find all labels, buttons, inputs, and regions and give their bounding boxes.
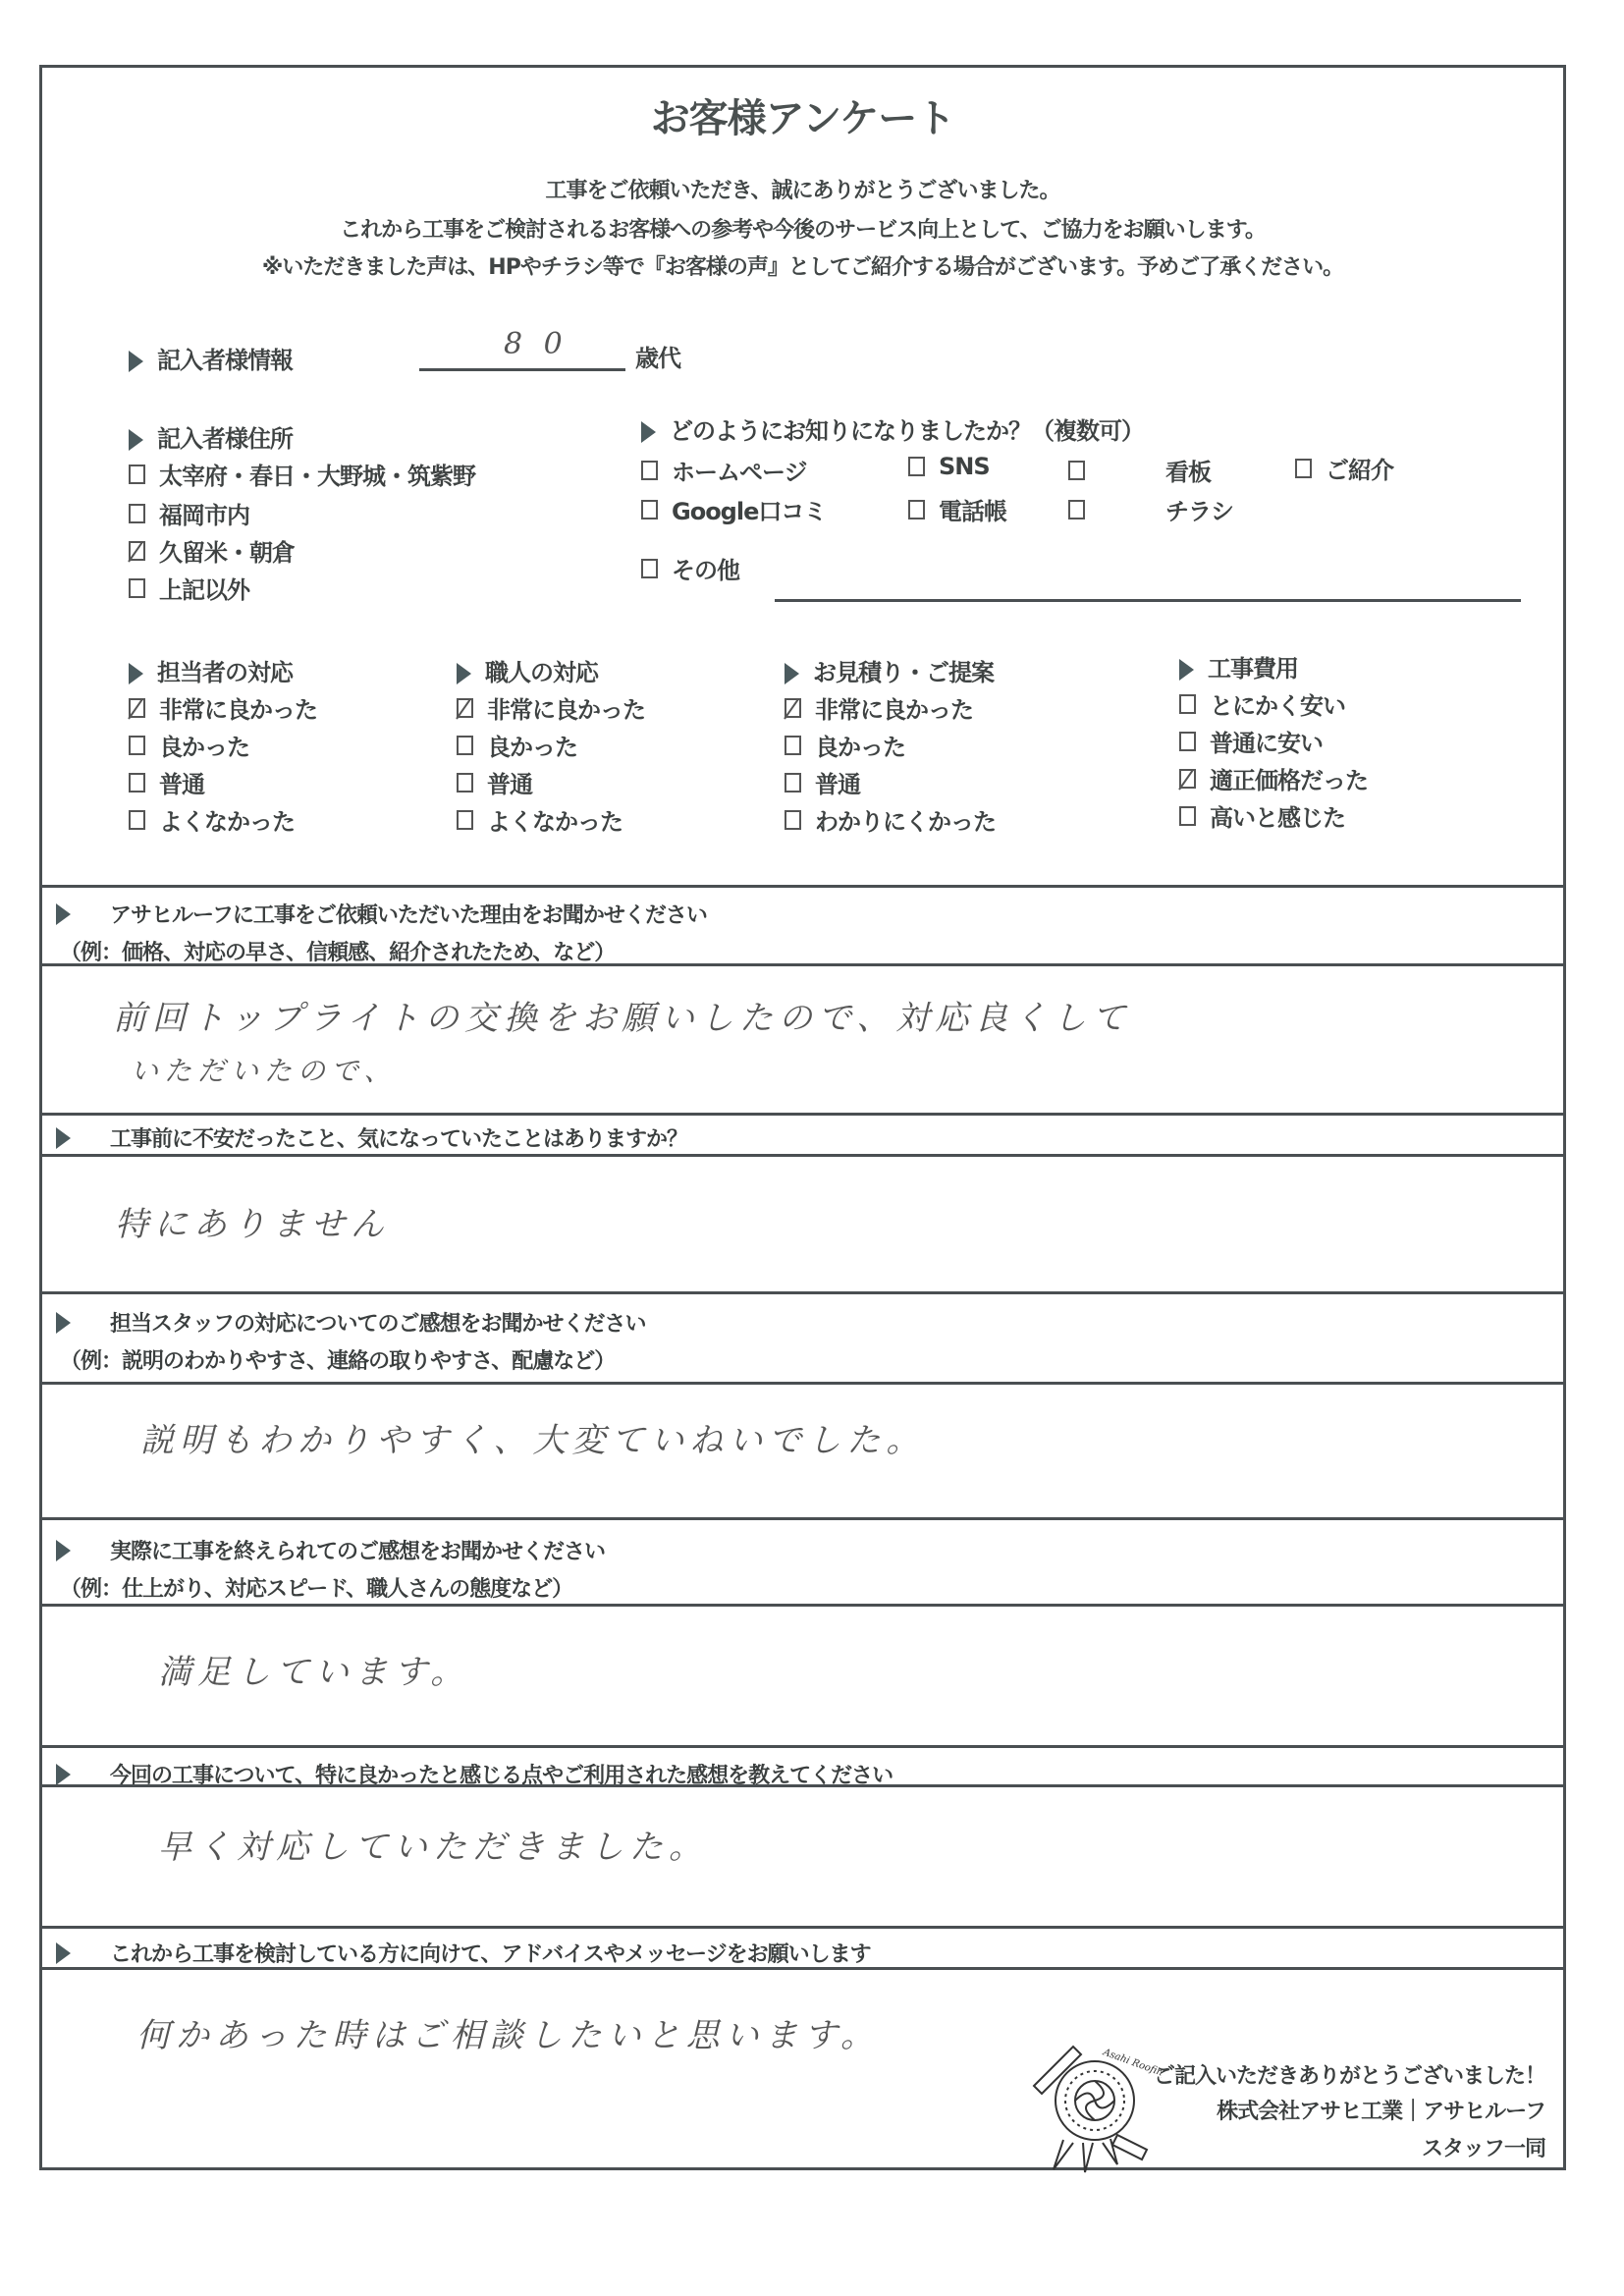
address-option-other[interactable]: 上記以外 [129, 571, 249, 605]
checkbox-checked[interactable] [1179, 769, 1196, 789]
question-3-example: （例：説明のわかりやすさ、連絡の取りやすさ、配慮など） [60, 1344, 615, 1375]
checkbox[interactable] [641, 559, 658, 578]
rating-cost-option[interactable]: 適正価格だった [1179, 761, 1368, 795]
checkbox[interactable] [641, 500, 658, 519]
question-1-example: （例：価格、対応の早さ、信頼感、紹介されたため、など） [60, 936, 615, 966]
triangle-bullet-icon [129, 663, 143, 684]
question-2-answer[interactable]: 特にありません [115, 1197, 390, 1245]
question-4-answer[interactable]: 満足しています。 [158, 1645, 469, 1693]
rating-staff-option[interactable]: 非常に良かった [129, 690, 317, 725]
source-option-signboard[interactable]: 看板 [1068, 453, 1211, 487]
rating-craftsman-option[interactable]: よくなかった [457, 802, 623, 837]
checkbox[interactable] [1068, 500, 1085, 519]
age-suffix: 歳代 [635, 339, 680, 373]
divider [42, 1745, 1563, 1748]
rating-craftsman-option[interactable]: 良かった [457, 728, 577, 762]
rating-heading-staff: 担当者の対応 [129, 653, 293, 687]
footer-company: 株式会社アサヒ工業｜アサヒルーフ [1217, 2095, 1545, 2125]
footer-staff: スタッフ一同 [1422, 2132, 1545, 2162]
question-6-heading: これから工事を検討している方に向けて、アドバイスやメッセージをお願いします [56, 1938, 871, 1968]
checkbox[interactable] [1179, 806, 1196, 826]
triangle-bullet-icon [1179, 659, 1194, 681]
divider [42, 1154, 1563, 1157]
source-option-flyer[interactable]: チラシ [1068, 492, 1233, 526]
address-option-fukuoka[interactable]: 福岡市内 [129, 496, 249, 530]
question-2-heading: 工事前に不安だったこと、気になっていたことはありますか？ [56, 1122, 687, 1153]
checkbox-checked[interactable] [129, 698, 145, 718]
footer-thanks: ご記入いただきありがとうございました！ [1154, 2059, 1545, 2090]
triangle-bullet-icon [56, 1764, 71, 1785]
rating-heading-estimate: お見積り・ご提案 [785, 653, 994, 687]
address-heading: 記入者様住所 [129, 419, 293, 454]
triangle-bullet-icon [56, 1127, 71, 1149]
checkbox[interactable] [785, 810, 801, 830]
checkbox[interactable] [1295, 459, 1312, 478]
divider [42, 1604, 1563, 1607]
divider [42, 1926, 1563, 1929]
triangle-bullet-icon [785, 663, 799, 684]
checkbox[interactable] [1179, 732, 1196, 751]
question-1-answer-line-2[interactable]: いただいたので、 [131, 1050, 397, 1089]
source-option-sns[interactable]: SNS [908, 453, 990, 480]
source-option-other[interactable]: その他 [641, 551, 739, 585]
checkbox[interactable] [1179, 694, 1196, 714]
divider [42, 963, 1563, 966]
source-option-referral[interactable]: ご紹介 [1295, 451, 1393, 485]
divider [42, 1784, 1563, 1787]
source-heading: どのようにお知りになりましたか？（複数可） [641, 411, 1144, 446]
rating-heading-cost: 工事費用 [1179, 649, 1298, 683]
rating-cost-option[interactable]: 高いと感じた [1179, 798, 1345, 833]
checkbox[interactable] [1068, 461, 1085, 480]
form-title: お客様アンケート [42, 87, 1563, 143]
divider [42, 1382, 1563, 1385]
checkbox[interactable] [785, 773, 801, 793]
rating-estimate-option[interactable]: 普通 [785, 765, 860, 799]
question-4-heading: 実際に工事を終えられてのご感想をお聞かせください [56, 1535, 605, 1565]
question-3-answer[interactable]: 説明もわかりやすく、大変ていねいでした。 [140, 1413, 925, 1461]
divider [42, 1517, 1563, 1520]
rating-staff-option[interactable]: よくなかった [129, 802, 295, 837]
checkbox[interactable] [908, 500, 925, 519]
checkbox[interactable] [457, 773, 473, 793]
triangle-bullet-icon [56, 1540, 71, 1561]
rating-cost-option[interactable]: 普通に安い [1179, 724, 1323, 758]
rating-estimate-option[interactable]: わかりにくかった [785, 802, 996, 837]
divider [42, 1967, 1563, 1970]
survey-form: お客様アンケート 工事をご依頼いただき、誠にありがとうございました。 これから工… [39, 65, 1566, 2170]
checkbox[interactable] [129, 810, 145, 830]
question-4-example: （例：仕上がり、対応スピード、職人さんの態度など） [60, 1572, 572, 1603]
triangle-bullet-icon [129, 429, 143, 451]
checkbox[interactable] [129, 773, 145, 793]
checkbox[interactable] [129, 578, 145, 598]
question-3-heading: 担当スタッフの対応についてのご感想をお聞かせください [56, 1307, 646, 1338]
asahi-roofing-logo-icon: Asahi Roofing Works [1024, 2027, 1162, 2174]
intro-line-1: 工事をご依頼いただき、誠にありがとうございました。 [42, 174, 1563, 204]
rating-cost-option[interactable]: とにかく安い [1179, 686, 1345, 721]
rating-staff-option[interactable]: 普通 [129, 765, 204, 799]
triangle-bullet-icon [457, 663, 471, 684]
rating-craftsman-option[interactable]: 普通 [457, 765, 532, 799]
age-field[interactable]: 8 0 [504, 327, 568, 361]
divider [42, 885, 1563, 888]
rating-estimate-option[interactable]: 良かった [785, 728, 905, 762]
respondent-info-heading: 記入者様情報 [129, 341, 293, 375]
question-1-answer-line-1[interactable]: 前回トップライトの交換をお願いしたので、対応良くして [113, 991, 1131, 1039]
checkbox[interactable] [129, 465, 145, 484]
checkbox[interactable] [129, 736, 145, 755]
rating-craftsman-option[interactable]: 非常に良かった [457, 690, 645, 725]
rating-heading-craftsman: 職人の対応 [457, 653, 598, 687]
triangle-bullet-icon [56, 903, 71, 925]
divider [42, 1113, 1563, 1116]
checkbox[interactable] [457, 810, 473, 830]
triangle-bullet-icon [56, 1312, 71, 1334]
triangle-bullet-icon [56, 1942, 71, 1964]
checkbox-checked[interactable] [129, 541, 145, 561]
question-5-answer[interactable]: 早く対応していただきました。 [158, 1820, 708, 1868]
source-option-phonebook[interactable]: 電話帳 [908, 492, 1006, 526]
rating-estimate-option[interactable]: 非常に良かった [785, 690, 973, 725]
divider [42, 1291, 1563, 1294]
triangle-bullet-icon [641, 421, 656, 443]
checkbox[interactable] [785, 736, 801, 755]
checkbox-checked[interactable] [457, 698, 473, 718]
age-underline [419, 368, 625, 371]
source-other-input-line[interactable] [775, 599, 1521, 602]
source-option-google-reviews[interactable]: Google口コミ [641, 492, 826, 526]
intro-line-3: ※いただきました声は、HPやチラシ等で『お客様の声』としてご紹介する場合がござい… [42, 250, 1563, 281]
address-option-dazaifu[interactable]: 太宰府・春日・大野城・筑紫野 [129, 457, 475, 491]
checkbox-checked[interactable] [785, 698, 801, 718]
address-option-kurume[interactable]: 久留米・朝倉 [129, 533, 295, 568]
checkbox[interactable] [908, 457, 925, 476]
question-6-answer[interactable]: 何かあった時はご相談したいと思います。 [136, 2008, 880, 2056]
checkbox[interactable] [129, 504, 145, 523]
rating-staff-option[interactable]: 良かった [129, 728, 249, 762]
question-1-heading: アサヒルーフに工事をご依頼いただいた理由をお聞かせください [56, 899, 707, 929]
checkbox[interactable] [641, 461, 658, 480]
intro-line-2: これから工事をご検討されるお客様への参考や今後のサービス向上として、ご協力をお願… [42, 213, 1563, 244]
checkbox[interactable] [457, 736, 473, 755]
source-option-homepage[interactable]: ホームページ [641, 453, 807, 487]
triangle-bullet-icon [129, 351, 143, 372]
